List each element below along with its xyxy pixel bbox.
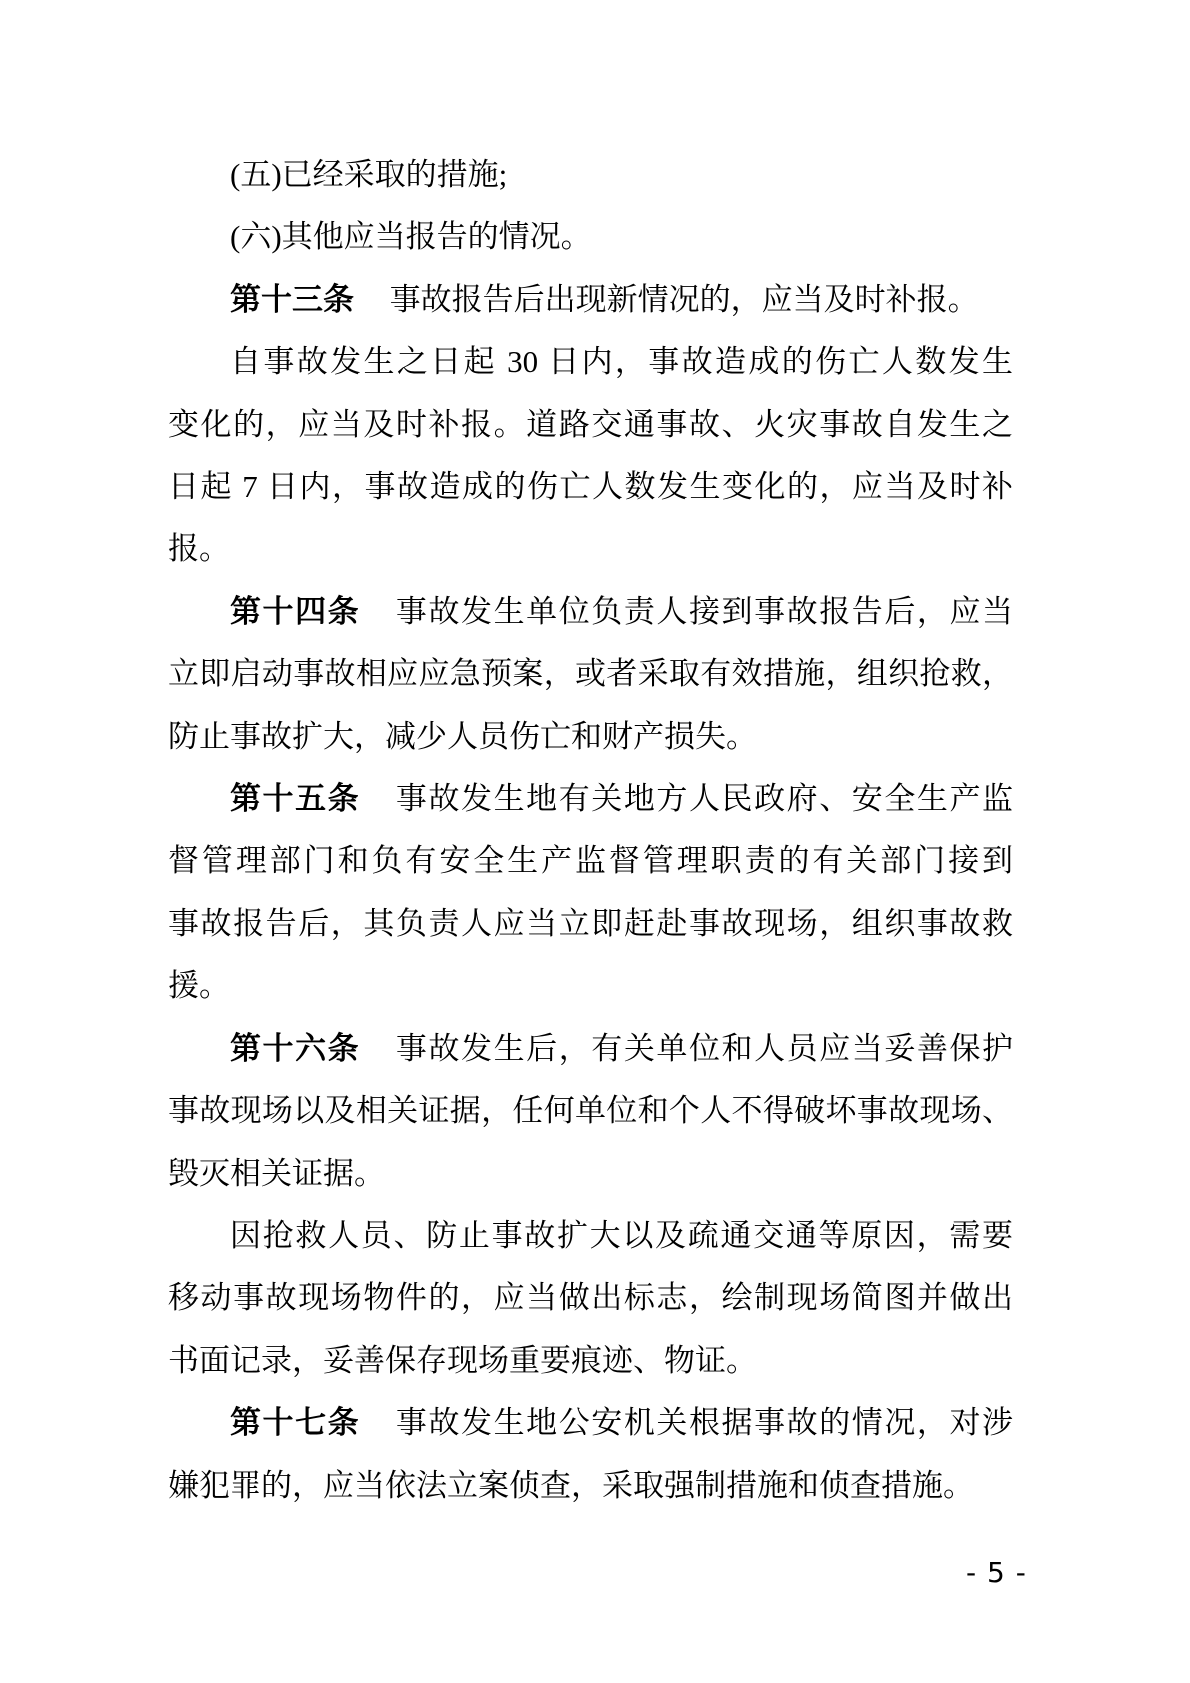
text-line: 立即启动事故相应应急预案，或者采取有效措施，组织抢救，: [168, 643, 1013, 705]
paragraph: 第十五条事故发生地有关地方人民政府、安全生产监督管理部门和负有安全生产监督管理职…: [168, 768, 1013, 1018]
page-number: - 5 -: [966, 1556, 1027, 1589]
text-line: (六)其他应当报告的情况。: [168, 206, 1013, 268]
article-number: 第十四条: [230, 594, 360, 629]
paragraph: (五)已经采取的措施;: [168, 144, 1013, 206]
text-line: 书面记录，妥善保存现场重要痕迹、物证。: [168, 1330, 1013, 1392]
text-line: 事故报告后，其负责人应当立即赶赴事故现场，组织事故救: [168, 893, 1013, 955]
text-line: 第十六条事故发生后，有关单位和人员应当妥善保护: [168, 1018, 1013, 1080]
text-line: 防止事故扩大，减少人员伤亡和财产损失。: [168, 706, 1013, 768]
text-line: 毁灭相关证据。: [168, 1143, 1013, 1205]
article-number: 第十六条: [230, 1031, 360, 1066]
text-line: 嫌犯罪的，应当依法立案侦查，采取强制措施和侦查措施。: [168, 1455, 1013, 1517]
paragraph: 因抢救人员、防止事故扩大以及疏通交通等原因，需要移动事故现场物件的，应当做出标志…: [168, 1205, 1013, 1392]
text-line: (五)已经采取的措施;: [168, 144, 1013, 206]
text-line: 自事故发生之日起 30 日内，事故造成的伤亡人数发生: [168, 331, 1013, 393]
text-line: 因抢救人员、防止事故扩大以及疏通交通等原因，需要: [168, 1205, 1013, 1267]
text-line: 第十四条事故发生单位负责人接到事故报告后，应当: [168, 581, 1013, 643]
text-line: 事故现场以及相关证据，任何单位和个人不得破坏事故现场、: [168, 1080, 1013, 1142]
paragraph: 自事故发生之日起 30 日内，事故造成的伤亡人数发生变化的，应当及时补报。道路交…: [168, 331, 1013, 581]
text-line: 第十五条事故发生地有关地方人民政府、安全生产监: [168, 768, 1013, 830]
text-line: 第十三条事故报告后出现新情况的，应当及时补报。: [168, 269, 1013, 331]
paragraph: (六)其他应当报告的情况。: [168, 206, 1013, 268]
article-number: 第十七条: [230, 1405, 360, 1440]
text-line: 日起 7 日内，事故造成的伤亡人数发生变化的，应当及时补: [168, 456, 1013, 518]
text-line: 第十七条事故发生地公安机关根据事故的情况，对涉: [168, 1392, 1013, 1454]
paragraph: 第十七条事故发生地公安机关根据事故的情况，对涉嫌犯罪的，应当依法立案侦查，采取强…: [168, 1392, 1013, 1517]
text-line: 报。: [168, 518, 1013, 580]
article-number: 第十五条: [230, 781, 360, 816]
paragraph: 第十三条事故报告后出现新情况的，应当及时补报。: [168, 269, 1013, 331]
text-line: 督管理部门和负有安全生产监督管理职责的有关部门接到: [168, 830, 1013, 892]
text-line: 移动事故现场物件的，应当做出标志，绘制现场简图并做出: [168, 1267, 1013, 1329]
paragraph: 第十四条事故发生单位负责人接到事故报告后，应当立即启动事故相应应急预案，或者采取…: [168, 581, 1013, 768]
document-body: (五)已经采取的措施;(六)其他应当报告的情况。第十三条事故报告后出现新情况的，…: [168, 144, 1013, 1517]
article-number: 第十三条: [230, 282, 354, 317]
paragraph: 第十六条事故发生后，有关单位和人员应当妥善保护事故现场以及相关证据，任何单位和个…: [168, 1018, 1013, 1205]
text-line: 变化的，应当及时补报。道路交通事故、火灾事故自发生之: [168, 394, 1013, 456]
text-line: 援。: [168, 955, 1013, 1017]
document-page: (五)已经采取的措施;(六)其他应当报告的情况。第十三条事故报告后出现新情况的，…: [0, 0, 1190, 1683]
